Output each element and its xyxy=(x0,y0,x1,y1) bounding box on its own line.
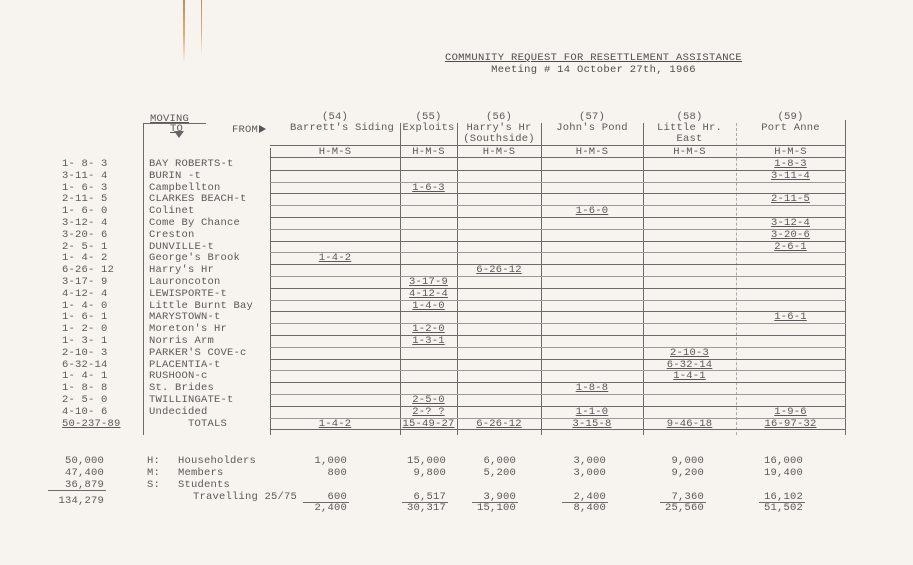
row-total: 1- 4- 2 xyxy=(62,252,108,264)
members-value: 3,000 xyxy=(546,467,606,479)
row-total: 3-11- 4 xyxy=(62,170,108,182)
row-total: 1- 6- 3 xyxy=(62,182,108,194)
row-total: 3-17- 9 xyxy=(62,276,108,288)
column-name: Port Anne xyxy=(736,122,845,134)
summary-total: 25,560 xyxy=(644,502,704,514)
cell-value: 1-4-1 xyxy=(643,370,736,382)
row-total: 1- 4- 1 xyxy=(62,370,108,382)
legend-label: Travelling 25/75 xyxy=(193,491,297,503)
meeting-info: Meeting # 14 October 27th, 1966 xyxy=(437,64,750,76)
destination-name: LEWISPORTE-t xyxy=(149,288,227,300)
summary-total: 30,317 xyxy=(386,502,446,514)
destination-name: BAY ROBERTS-t xyxy=(149,158,234,170)
row-total: 1- 4- 0 xyxy=(62,300,108,312)
members-value: 5,200 xyxy=(456,467,516,479)
column-subname: (Southside) xyxy=(457,133,541,145)
destination-name: Creston xyxy=(149,229,195,241)
destination-name: St. Brides xyxy=(149,382,214,394)
legend-label: Householders xyxy=(178,455,256,467)
row-total: 4-12- 4 xyxy=(62,288,108,300)
destination-name: Norris Arm xyxy=(149,335,214,347)
row-total: 3-20- 6 xyxy=(62,229,108,241)
row-rule xyxy=(270,288,846,289)
householders-value: 6,000 xyxy=(456,455,516,467)
cell-value: 15-49-27 xyxy=(400,418,457,430)
cell-value: 3-11-4 xyxy=(736,170,845,182)
summary-left-total: 134,279 xyxy=(40,495,104,507)
legend-key: S: xyxy=(147,479,160,491)
summary-total: 2,400 xyxy=(287,502,347,514)
down-arrow-icon xyxy=(174,131,184,138)
row-total: 2- 5- 1 xyxy=(62,241,108,253)
destination-name: RUSHOON-c xyxy=(149,370,208,382)
column-subname: East xyxy=(643,133,736,145)
document-header: COMMUNITY REQUEST FOR RESETTLEMENT ASSIS… xyxy=(437,52,750,76)
cell-value: 3-12-4 xyxy=(736,217,845,229)
row-total: 1- 6- 0 xyxy=(62,205,108,217)
summary-total: 15,100 xyxy=(456,502,516,514)
householders-value: 15,000 xyxy=(386,455,446,467)
destination-name: CLARKES BEACH-t xyxy=(149,193,247,205)
cell-value: 1-6-1 xyxy=(736,311,845,323)
householders-value: 9,000 xyxy=(644,455,704,467)
row-total: 2-11- 5 xyxy=(62,193,108,205)
cell-value: 3-15-8 xyxy=(541,418,643,430)
members-value: 19,400 xyxy=(743,467,803,479)
cell-value: 2-6-1 xyxy=(736,241,845,253)
summary-total: 8,400 xyxy=(546,502,606,514)
cell-value: 2-10-3 xyxy=(643,347,736,359)
header-rule xyxy=(270,145,846,146)
column-name: Barrett's Siding xyxy=(250,122,400,134)
cell-value: 3-17-9 xyxy=(400,276,457,288)
legend-label: Members xyxy=(178,467,224,479)
row-total: 1- 8- 3 xyxy=(62,158,108,170)
row-total: 1- 2- 0 xyxy=(62,323,108,335)
destination-name: PLACENTIA-t xyxy=(149,359,221,371)
row-rule xyxy=(270,276,846,277)
legend-label: Students xyxy=(178,479,230,491)
cell-value: 2-11-5 xyxy=(736,193,845,205)
row-total: 1- 6- 1 xyxy=(62,311,108,323)
destination-name: Harry's Hr xyxy=(149,264,214,276)
destination-name: MARYSTOWN-t xyxy=(149,311,221,323)
row-total: 6-26- 12 xyxy=(62,264,114,276)
cell-value: 3-20-6 xyxy=(736,229,845,241)
row-total: 3-12- 4 xyxy=(62,217,108,229)
householders-value: 16,000 xyxy=(743,455,803,467)
row-total: 1- 8- 8 xyxy=(62,382,108,394)
destination-name: Little Burnt Bay xyxy=(149,300,253,312)
cell-value: 1-2-0 xyxy=(400,323,457,335)
summary-total: 51,502 xyxy=(743,502,803,514)
destination-name: Lauroncoton xyxy=(149,276,221,288)
left-border xyxy=(143,123,144,435)
members-value: 9,800 xyxy=(386,467,446,479)
totals-label: TOTALS xyxy=(145,418,270,430)
cell-value: 16-97-32 xyxy=(736,418,845,430)
ink-mark-right xyxy=(201,0,202,55)
summary-left-value: 50,000 xyxy=(40,455,104,467)
householders-value: 1,000 xyxy=(287,455,347,467)
cell-value: 1-4-2 xyxy=(270,418,400,430)
destination-name: BURIN -t xyxy=(149,170,201,182)
cell-value: 1-4-0 xyxy=(400,300,457,312)
cell-value: 4-12-4 xyxy=(400,288,457,300)
destination-name: Colinet xyxy=(149,205,195,217)
cell-value: 9-46-18 xyxy=(643,418,736,430)
legend-key: H: xyxy=(147,455,160,467)
members-value: 800 xyxy=(287,467,347,479)
cell-value: 1-3-1 xyxy=(400,335,457,347)
cell-value: 1-4-2 xyxy=(270,252,400,264)
destination-name: George's Brook xyxy=(149,252,240,264)
row-total: 4-10- 6 xyxy=(62,406,108,418)
row-rule xyxy=(270,300,846,301)
cell-value: 2-? ? xyxy=(400,406,457,418)
column-name: Exploits xyxy=(400,122,457,134)
row-total: 2-10- 3 xyxy=(62,347,108,359)
row-rule xyxy=(270,370,846,371)
grand-total: 50-237-89 xyxy=(62,418,121,430)
summary-left-value: 47,400 xyxy=(40,467,104,479)
cell-value: 6-26-12 xyxy=(457,264,541,276)
destination-name: Undecided xyxy=(149,406,208,418)
cell-value: 1-6-3 xyxy=(400,182,457,194)
ink-mark-left xyxy=(183,0,185,62)
cell-value: 6-26-12 xyxy=(457,418,541,430)
column-name: John's Pond xyxy=(541,122,643,134)
cell-value: 1-9-6 xyxy=(736,406,845,418)
cell-value: 1-8-8 xyxy=(541,382,643,394)
row-rule xyxy=(270,335,846,336)
row-total: 1- 3- 1 xyxy=(62,335,108,347)
legend-key: M: xyxy=(147,467,160,479)
row-total: 2- 5- 0 xyxy=(62,394,108,406)
destination-name: Moreton's Hr xyxy=(149,323,227,335)
destination-name: DUNVILLE-t xyxy=(149,241,214,253)
document-title: COMMUNITY REQUEST FOR RESETTLEMENT ASSIS… xyxy=(437,52,750,64)
dest-divider xyxy=(270,148,271,435)
cell-value: 1-8-3 xyxy=(736,158,845,170)
destination-name: TWILLINGATE-t xyxy=(149,394,234,406)
row-total: 6-32-14 xyxy=(62,359,108,371)
row-rule xyxy=(270,347,846,348)
summary-left-rule xyxy=(48,490,106,491)
cell-value: 1-6-0 xyxy=(541,205,643,217)
destination-name: Campbellton xyxy=(149,182,221,194)
cell-value: 2-5-0 xyxy=(400,394,457,406)
cell-value: 6-32-14 xyxy=(643,359,736,371)
members-value: 9,200 xyxy=(644,467,704,479)
destination-name: Come By Chance xyxy=(149,217,240,229)
cell-value: 1-1-0 xyxy=(541,406,643,418)
right-border xyxy=(845,120,846,435)
householders-value: 3,000 xyxy=(546,455,606,467)
destination-name: PARKER'S COVE-c xyxy=(149,347,247,359)
row-rule xyxy=(270,359,846,360)
